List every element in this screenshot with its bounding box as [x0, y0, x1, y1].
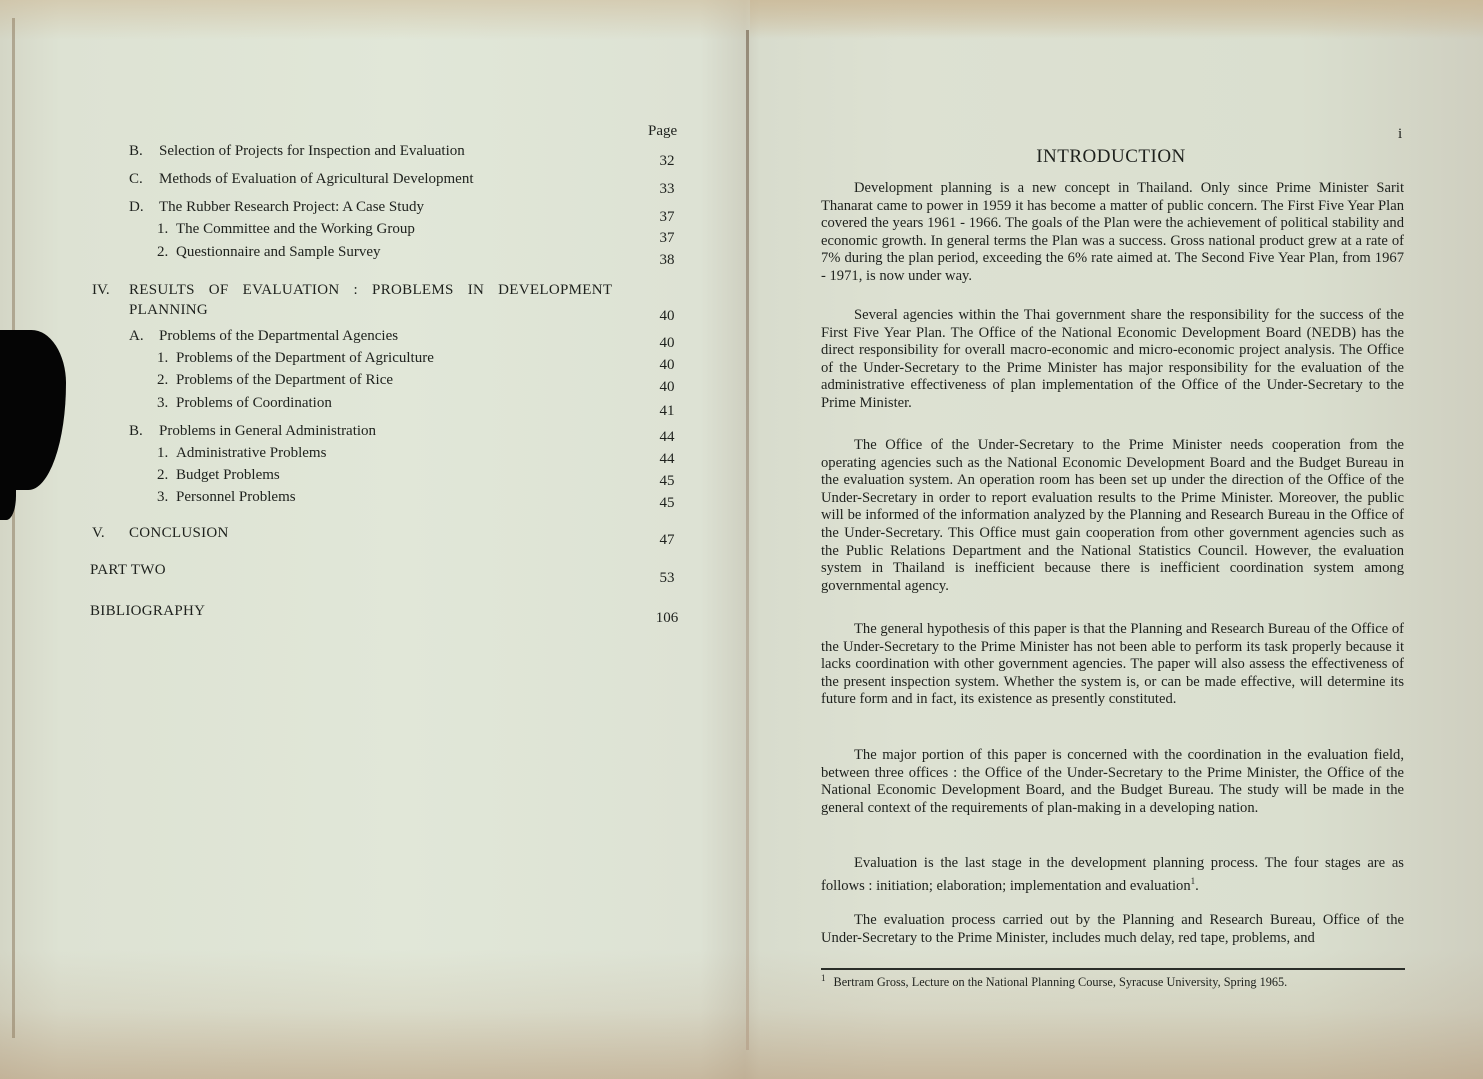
book-gutter [746, 30, 749, 1050]
toc-entry-page: 106 [652, 609, 682, 627]
toc-entry-label: Problems in General Administration [159, 422, 376, 440]
toc-entry-page: 40 [652, 378, 682, 396]
toc-entry-label: CONCLUSION [129, 524, 229, 542]
toc-entry-number: 3. [157, 488, 168, 506]
toc-entry-page: 45 [652, 494, 682, 512]
paragraph-end: . [1195, 877, 1199, 893]
toc-entry-page: 37 [652, 229, 682, 247]
toc-entry-label: Selection of Projects for Inspection and… [159, 142, 465, 160]
toc-entry-page: 40 [652, 334, 682, 352]
page-number: i [1398, 126, 1402, 143]
paragraph: The Office of the Under-Secretary to the… [821, 437, 1404, 595]
toc-entry-page: 44 [652, 450, 682, 468]
introduction-page: i INTRODUCTION Development planning is a… [750, 0, 1483, 1079]
toc-entry-number: 2. [157, 371, 168, 389]
toc-entry-label: Personnel Problems [176, 488, 296, 506]
toc-entry-number: 1. [157, 444, 168, 462]
paragraph-with-footnote: Evaluation is the last stage in the deve… [821, 855, 1404, 895]
toc-entry-page: 44 [652, 428, 682, 446]
toc-entry-page: 33 [652, 180, 682, 198]
toc-entry-page: 38 [652, 251, 682, 269]
paragraph: The general hypothesis of this paper is … [821, 621, 1404, 709]
toc-entry-label: The Committee and the Working Group [176, 220, 415, 238]
toc-entry-page: 37 [652, 208, 682, 226]
toc-entry-page: 53 [652, 569, 682, 587]
toc-entry-label: BIBLIOGRAPHY [90, 602, 205, 620]
toc-entry-label: RESULTS OF EVALUATION : PROBLEMS IN DEVE… [129, 281, 612, 319]
toc-entry-page: 40 [652, 307, 682, 325]
toc-entry-page: 32 [652, 152, 682, 170]
toc-entry-label: Administrative Problems [176, 444, 326, 462]
toc-entry-page: 47 [652, 531, 682, 549]
toc-entry-number: IV. [92, 281, 110, 299]
paragraph: The major portion of this paper is conce… [821, 747, 1404, 817]
toc-entry-number: D. [129, 198, 144, 216]
toc-entry-page: 41 [652, 402, 682, 420]
paragraph: The evaluation process carried out by th… [821, 912, 1404, 947]
toc-entry-number: 2. [157, 243, 168, 261]
page-column-header: Page [648, 123, 677, 140]
toc-entry-label: Problems of Coordination [176, 394, 332, 412]
footnote-marker: 1 [821, 973, 826, 983]
toc-entry-label: The Rubber Research Project: A Case Stud… [159, 198, 424, 216]
toc-entry-number: V. [92, 524, 105, 542]
footnote-text: Bertram Gross, Lecture on the National P… [834, 975, 1288, 989]
toc-entry-number: B. [129, 142, 143, 160]
toc-entry-label: Problems of the Departmental Agencies [159, 327, 398, 345]
toc-entry-label: Questionnaire and Sample Survey [176, 243, 381, 261]
footnote: 1Bertram Gross, Lecture on the National … [821, 973, 1421, 990]
table-of-contents-page: Page B.Selection of Projects for Inspect… [0, 0, 745, 1079]
toc-entry-label: PART TWO [90, 561, 166, 579]
toc-entry-page: 45 [652, 472, 682, 490]
toc-entry-number: C. [129, 170, 143, 188]
toc-entry-label: Problems of the Department of Rice [176, 371, 393, 389]
toc-entry-number: 1. [157, 220, 168, 238]
toc-entry-number: B. [129, 422, 143, 440]
paragraph: Development planning is a new concept in… [821, 180, 1404, 286]
paragraph: Several agencies within the Thai governm… [821, 307, 1404, 413]
page-title: INTRODUCTION [750, 146, 1472, 168]
toc-entry-number: A. [129, 327, 144, 345]
footnote-divider [821, 968, 1405, 970]
paragraph-text: Evaluation is the last stage in the deve… [821, 855, 1404, 893]
toc-entry-label: Methods of Evaluation of Agricultural De… [159, 170, 474, 188]
toc-entry-label: Budget Problems [176, 466, 280, 484]
toc-entry-page: 40 [652, 356, 682, 374]
toc-entry-label: Problems of the Department of Agricultur… [176, 349, 434, 367]
toc-entry-number: 3. [157, 394, 168, 412]
toc-entry-number: 1. [157, 349, 168, 367]
toc-entry-number: 2. [157, 466, 168, 484]
